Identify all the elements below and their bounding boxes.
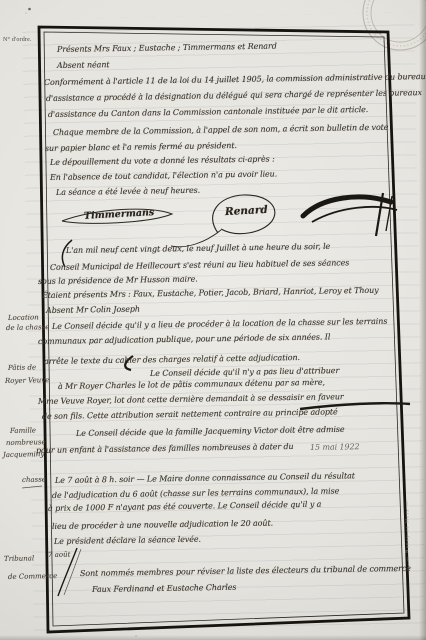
handwritten-line: Absent néant (57, 60, 110, 70)
margin-note: Jacqueminy (3, 451, 45, 460)
margin-note: Tribunal (4, 555, 34, 563)
scan-edge-shadow (0, 635, 426, 640)
margin-note-date: 7 août (48, 552, 71, 560)
margin-note: de Commerce (8, 573, 57, 582)
margin-note: Location (8, 314, 39, 322)
handwritten-date-faded: 15 mai 1922 (310, 442, 360, 452)
margin-note: nombreuse (6, 439, 46, 448)
margin-note: Famille (10, 427, 36, 435)
margin-note: Royer Veuve (5, 377, 49, 386)
scan-edge-shadow (419, 0, 426, 640)
margin-note: chasse (22, 476, 46, 484)
margin-note: de la chasse (6, 324, 50, 333)
scanned-register-page: N° d'ordre. Présents Mrs Faux ; Eustache… (0, 0, 426, 640)
handwritten-line: Absent Mr Colin Joseph (46, 305, 140, 316)
signature-renard: Renard (225, 205, 268, 218)
margin-note: Pâtis de (8, 364, 36, 372)
printer-imprint: — Nancy et Metz — (405, 476, 410, 586)
order-number-label: N° d'ordre. (3, 37, 32, 43)
